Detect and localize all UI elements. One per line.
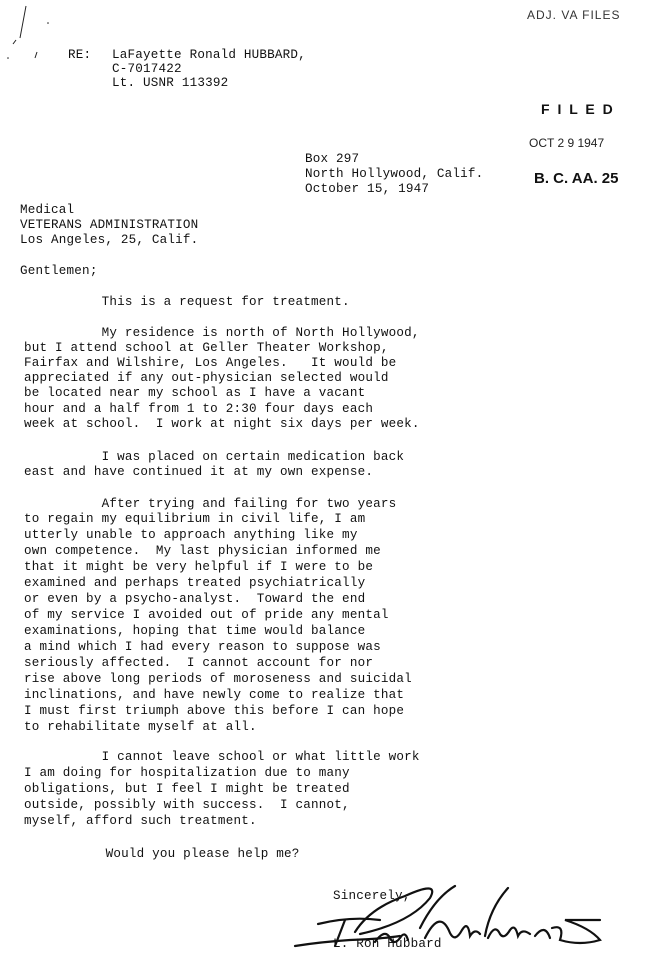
handwritten-signature — [290, 868, 610, 968]
paragraph-line: obligations, but I feel I might be treat… — [24, 782, 350, 797]
recipient-line: VETERANS ADMINISTRATION — [20, 218, 198, 233]
reference-label: RE: — [68, 48, 91, 63]
files-stamp: ADJ. VA FILES — [527, 8, 620, 22]
filed-stamp: F I L E D — [541, 101, 615, 117]
paragraph-line: utterly unable to approach anything like… — [24, 528, 358, 543]
paragraph-line: myself, afford such treatment. — [24, 814, 257, 829]
paragraph-line: outside, possibly with success. I cannot… — [24, 798, 350, 813]
recipient-line: Medical — [20, 203, 74, 218]
paragraph-line: hour and a half from 1 to 2:30 four days… — [24, 402, 373, 417]
sender-line: Box 297 — [305, 152, 359, 167]
reference-name: LaFayette Ronald HUBBARD, — [112, 48, 306, 63]
paragraph-line: to regain my equilibrium in civil life, … — [24, 512, 365, 527]
paragraph-line: east and have continued it at my own exp… — [24, 465, 373, 480]
letter-date: October 15, 1947 — [305, 182, 429, 197]
reference-claim-number: C-7017422 — [112, 62, 182, 77]
paragraph-line: to rehabilitate myself at all. — [24, 720, 257, 735]
filed-code-stamp: B. C. AA. 25 — [534, 170, 618, 187]
paragraph-line: week at school. I work at night six days… — [24, 417, 420, 432]
paragraph-line: inclinations, and have newly come to rea… — [24, 688, 404, 703]
salutation: Gentlemen; — [20, 264, 98, 279]
paragraph-line: seriously affected. I cannot account for… — [24, 656, 373, 671]
paragraph-line: examined and perhaps treated psychiatric… — [24, 576, 365, 591]
paragraph-line: or even by a psycho-analyst. Toward the … — [24, 592, 365, 607]
paragraph-line: Fairfax and Wilshire, Los Angeles. It wo… — [24, 356, 396, 371]
paragraph-line: This is a request for treatment. — [24, 295, 350, 310]
paragraph-line: own competence. My last physician inform… — [24, 544, 381, 559]
paragraph-line: of my service I avoided out of pride any… — [24, 608, 389, 623]
paragraph-line: I am doing for hospitalization due to ma… — [24, 766, 350, 781]
paragraph-line: that it might be very helpful if I were … — [24, 560, 373, 575]
paragraph-line: I cannot leave school or what little wor… — [24, 750, 420, 765]
filed-date-stamp: OCT 2 9 1947 — [529, 136, 604, 150]
paragraph-line: rise above long periods of moroseness an… — [24, 672, 412, 687]
paragraph-line: My residence is north of North Hollywood… — [24, 326, 420, 341]
paragraph-line: After trying and failing for two years — [24, 497, 396, 512]
paragraph-line: but I attend school at Geller Theater Wo… — [24, 341, 389, 356]
recipient-line: Los Angeles, 25, Calif. — [20, 233, 198, 248]
paragraph-line: I was placed on certain medication back — [24, 450, 404, 465]
paragraph-line: examinations, hoping that time would bal… — [24, 624, 365, 639]
pen-marks — [0, 0, 60, 70]
reference-service-number: Lt. USNR 113392 — [112, 76, 228, 91]
paragraph-line: I must first triumph above this before I… — [24, 704, 404, 719]
paragraph-line: be located near my school as I have a va… — [24, 386, 365, 401]
paragraph-line: a mind which I had every reason to suppo… — [24, 640, 381, 655]
paragraph-line: appreciated if any out-physician selecte… — [24, 371, 389, 386]
sender-line: North Hollywood, Calif. — [305, 167, 483, 182]
paragraph-line: Would you please help me? — [28, 847, 300, 862]
